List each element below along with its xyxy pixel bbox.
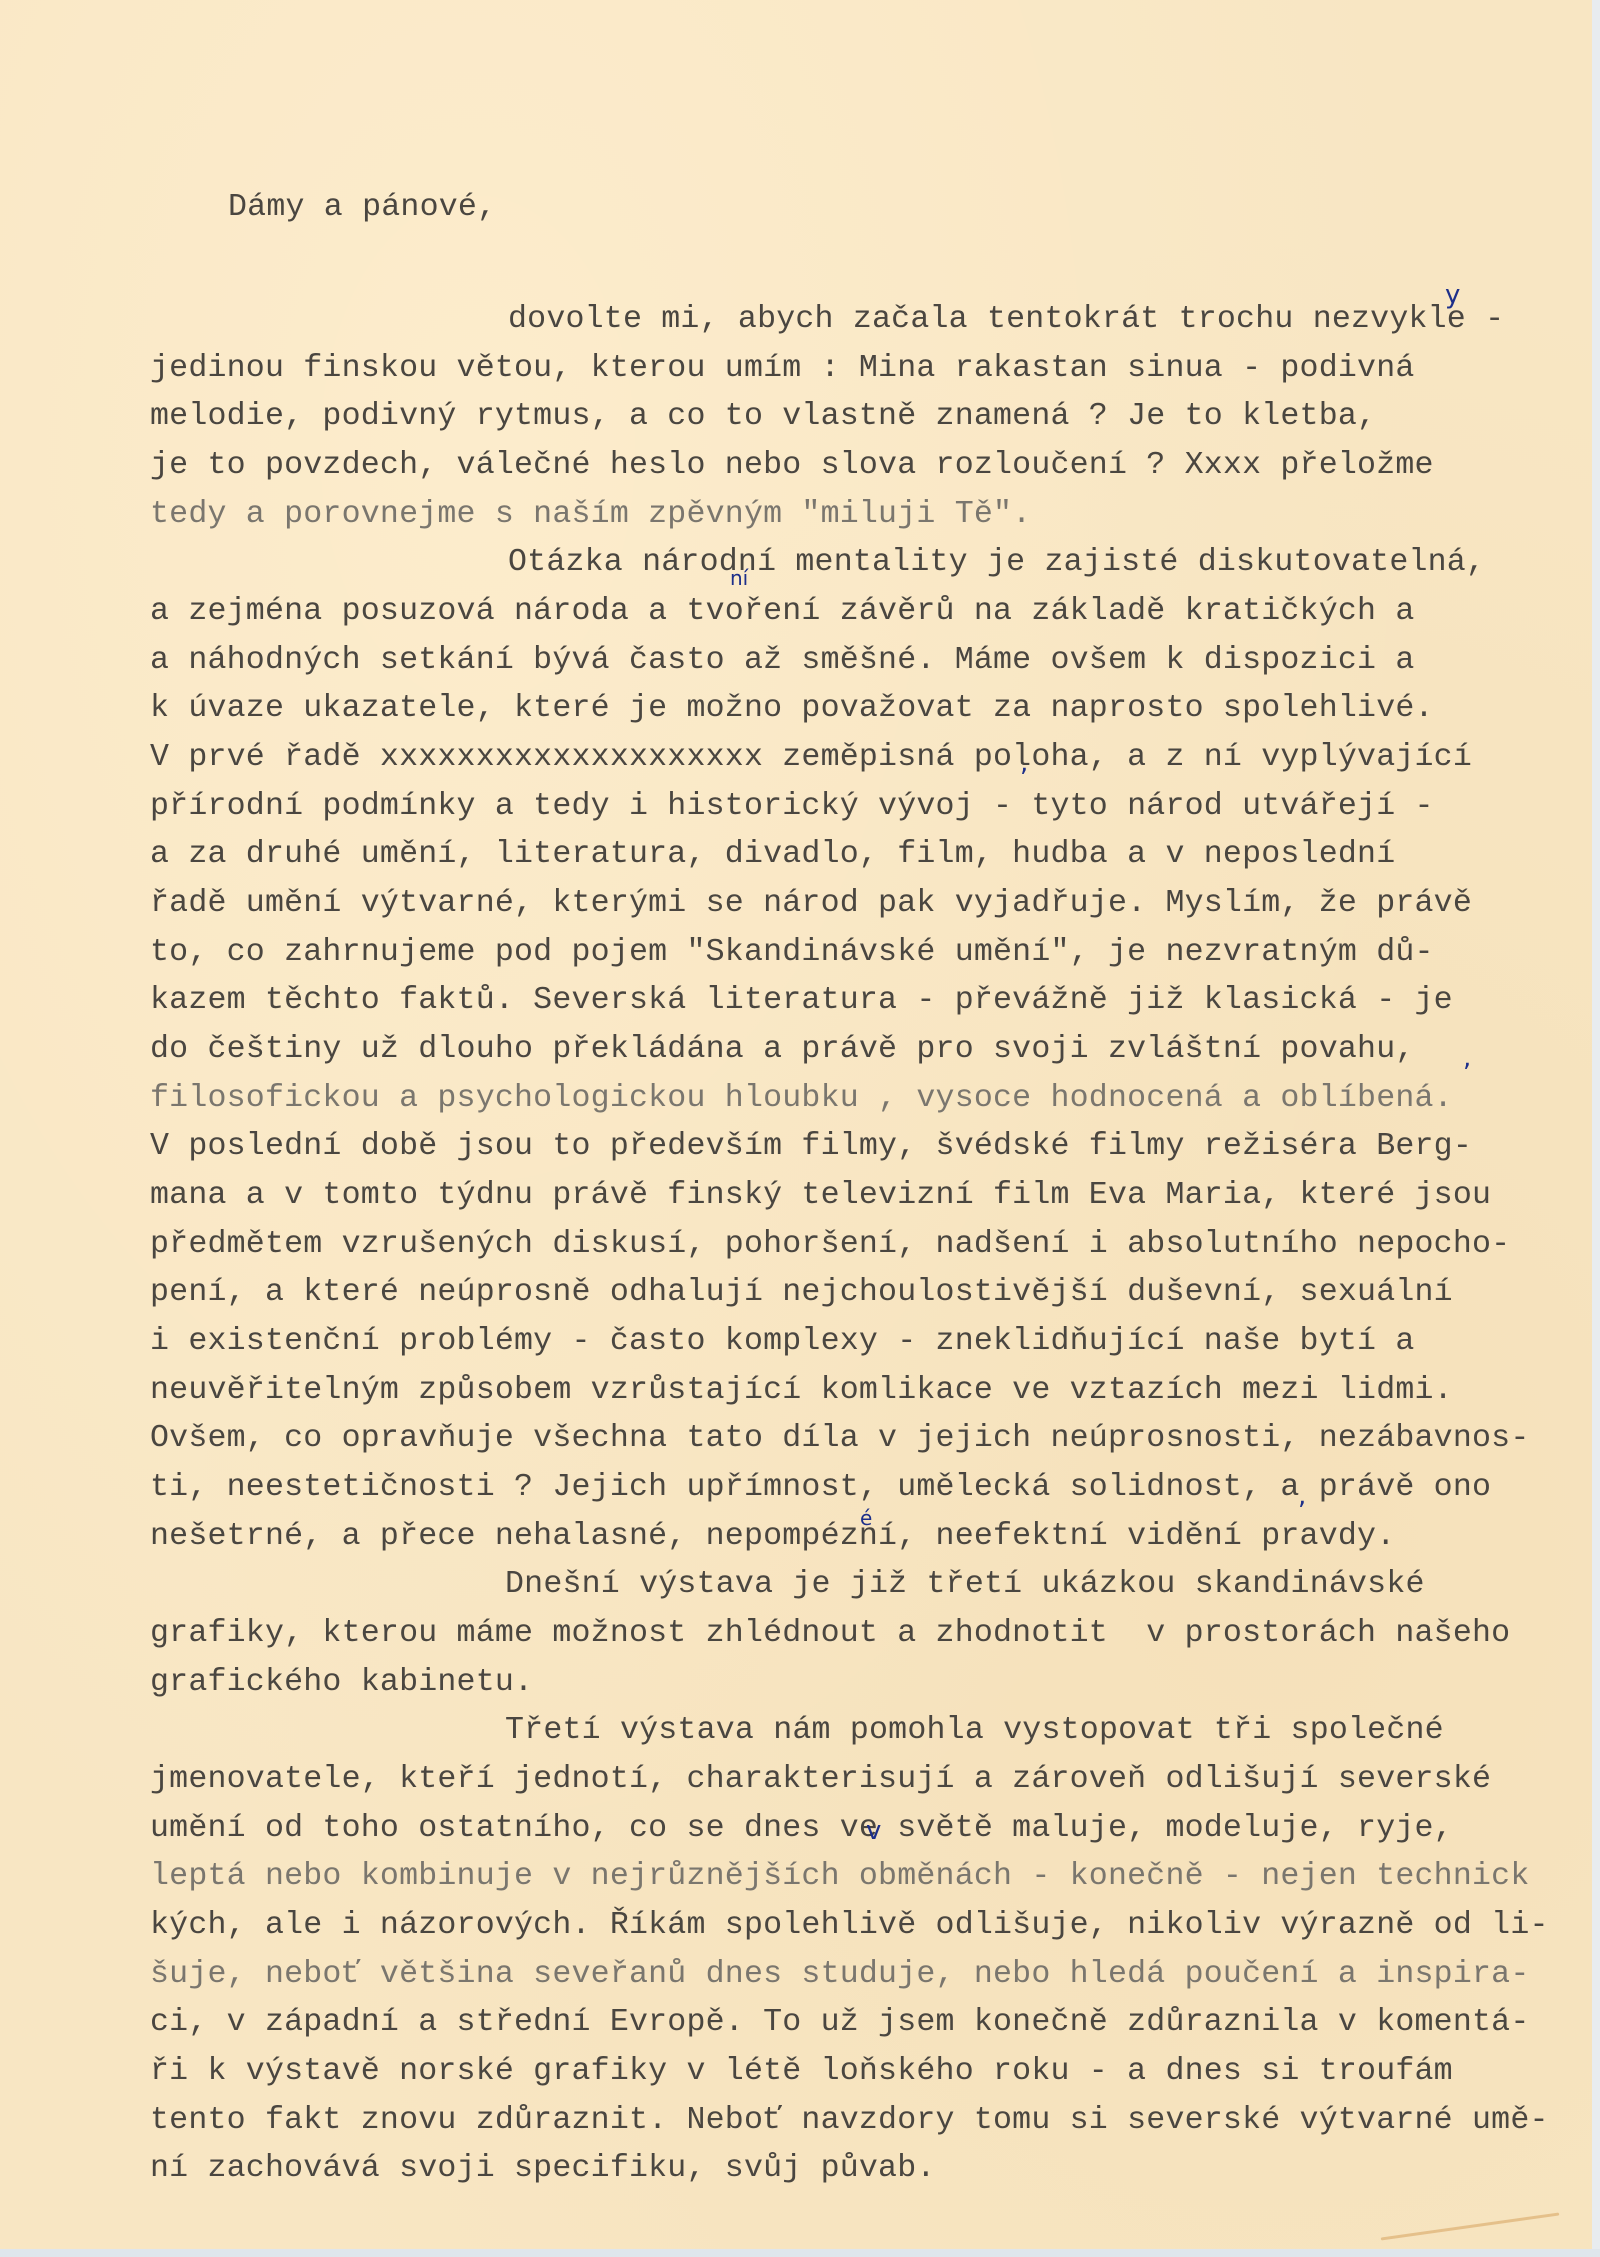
text-line: ci, v západní a střední Evropě. To už js… xyxy=(150,2003,1529,2043)
pen-correction-mark: ní xyxy=(730,565,748,591)
text-line: Otázka národní mentality je zajisté disk… xyxy=(508,543,1485,583)
pen-correction-mark: y xyxy=(1445,282,1460,308)
text-line: jmenovatele, kteří jednotí, charakterisu… xyxy=(150,1760,1491,1800)
text-line: nešetrné, a přece nehalasné, nepompézní,… xyxy=(150,1517,1395,1557)
text-line: a náhodných setkání bývá často až směšné… xyxy=(150,641,1415,681)
text-line: leptá nebo kombinuje v nejrůznějších obm… xyxy=(150,1857,1529,1897)
text-line: a zejména posuzová národa a tvoření závě… xyxy=(150,592,1415,632)
text-line: kých, ale i názorových. Říkám spolehlivě… xyxy=(150,1906,1549,1946)
pen-correction-mark: , xyxy=(1463,1045,1471,1071)
pen-correction-mark: é xyxy=(860,1505,872,1531)
text-line: dovolte mi, abych začala tentokrát troch… xyxy=(508,300,1504,340)
pen-correction-mark: , xyxy=(1298,1483,1306,1509)
text-line: Třetí výstava nám pomohla vystopovat tři… xyxy=(505,1711,1444,1751)
text-line: V poslední době jsou to především filmy,… xyxy=(150,1127,1472,1167)
text-line: šuje, neboť většina seveřanů dnes studuj… xyxy=(150,1955,1529,1995)
text-line: filosofickou a psychologickou hloubku , … xyxy=(150,1079,1453,1119)
text-line: tedy a porovnejme s naším zpěvným "miluj… xyxy=(150,495,1031,535)
salutation: Dámy a pánové, xyxy=(228,188,496,228)
text-line: mana a v tomto týdnu právě finský televi… xyxy=(150,1176,1491,1216)
pen-correction-mark: , xyxy=(1020,750,1028,776)
text-line: je to povzdech, válečné heslo nebo slova… xyxy=(150,446,1434,486)
text-line: ři k výstavě norské grafiky v létě loňsk… xyxy=(150,2052,1453,2092)
text-line: pení, a které neúprosně odhalují nejchou… xyxy=(150,1273,1453,1313)
text-line: i existenční problémy - často komplexy -… xyxy=(150,1322,1415,1362)
text-line: řadě umění výtvarné, kterými se národ pa… xyxy=(150,884,1472,924)
text-line: to, co zahrnujeme pod pojem "Skandinávsk… xyxy=(150,933,1434,973)
text-line: V prvé řadě xxxxxxxxxxxxxxxxxxxx zeměpis… xyxy=(150,738,1472,778)
text-line: kazem těchto faktů. Severská literatura … xyxy=(150,981,1453,1021)
text-line: umění od toho ostatního, co se dnes ve s… xyxy=(150,1809,1453,1849)
text-line: tento fakt znovu zdůraznit. Neboť navzdo… xyxy=(150,2101,1549,2141)
text-line: neuvěřitelným způsobem vzrůstající komli… xyxy=(150,1371,1453,1411)
text-line: melodie, podivný rytmus, a co to vlastně… xyxy=(150,397,1376,437)
text-line: jedinou finskou větou, kterou umím : Min… xyxy=(150,349,1415,389)
text-line: do češtiny už dlouho překládána a právě … xyxy=(150,1030,1415,1070)
scan-edge-right xyxy=(1592,0,1600,2257)
text-line: Ovšem, co opravňuje všechna tato díla v … xyxy=(150,1419,1529,1459)
text-line: grafického kabinetu. xyxy=(150,1663,533,1703)
pen-correction-mark: v xyxy=(866,1818,881,1844)
text-line: ti, neestetičnosti ? Jejich upřímnost, u… xyxy=(150,1468,1491,1508)
text-line: grafiky, kterou máme možnost zhlédnout a… xyxy=(150,1614,1510,1654)
text-line: a za druhé umění, literatura, divadlo, f… xyxy=(150,835,1395,875)
text-line: ní zachovává svoji specifiku, svůj půvab… xyxy=(150,2149,936,2189)
text-line: Dnešní výstava je již třetí ukázkou skan… xyxy=(505,1565,1425,1605)
text-line: předmětem vzrušených diskusí, pohoršení,… xyxy=(150,1225,1510,1265)
text-line: přírodní podmínky a tedy i historický vý… xyxy=(150,787,1434,827)
scan-edge-bottom xyxy=(0,2249,1600,2257)
text-line: k úvaze ukazatele, které je možno považo… xyxy=(150,689,1434,729)
